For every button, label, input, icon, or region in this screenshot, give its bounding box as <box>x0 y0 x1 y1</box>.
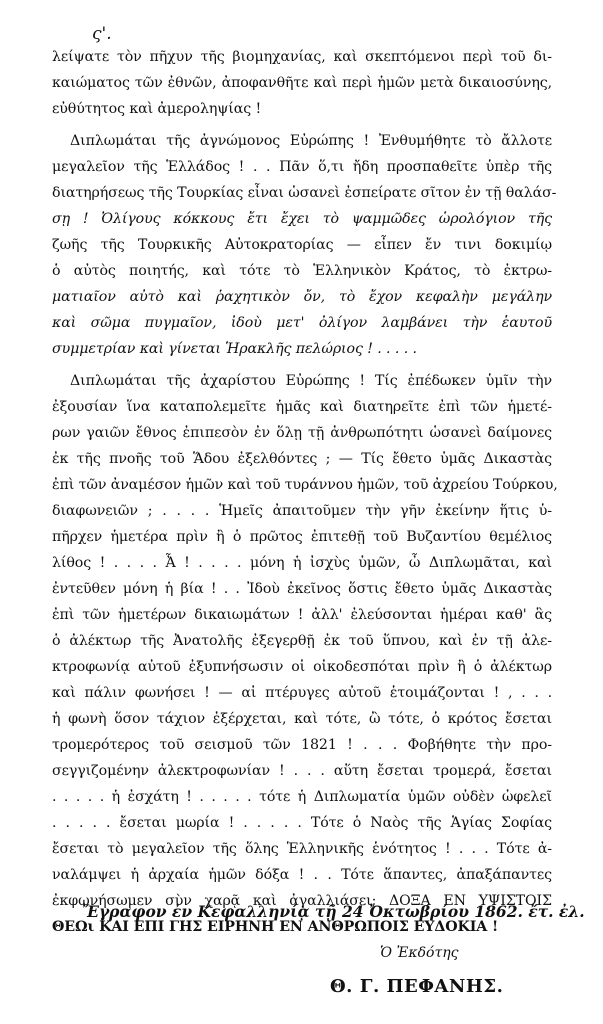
text-line: διαφωνειῶν ; . . . . Ἡμεῖς ἀπαιτοῦμεν τὴ… <box>52 498 552 524</box>
date-line: Ἔγραφον ἐν Κεφαλληνίᾳ τῇ 24 Ὀκτωβρίου 18… <box>82 902 585 921</box>
page-number: ς'. <box>92 24 112 44</box>
document-page: ς'. λείψατε τὸν πῆχυν τῆς βιομηχανίας, κ… <box>0 0 603 1024</box>
body-text: λείψατε τὸν πῆχυν τῆς βιομηχανίας, καὶ σ… <box>52 44 552 940</box>
paragraph-3: Διπλωμάται τῆς ἀχαρίστου Εὐρώπης ! Τίς ἐ… <box>52 368 552 940</box>
text-line: . . . . . ἔσεται μωρία ! . . . . . Τότε … <box>52 810 552 836</box>
text-line: εὐθύτητος καὶ ἀμεροληψίας ! <box>52 96 552 122</box>
text-line: καὶ πάλιν φωνήσει ! — αἱ πτέρυγες αὐτοῦ … <box>52 680 552 706</box>
text-line: σῃ ! Ὀλίγους κόκκους ἔτι ἔχει τὸ ψαμμῶδε… <box>52 206 552 232</box>
text-line: καὶ σῶμα πυγμαῖον, ἰδοὺ μετ' ὀλίγον λαμβ… <box>52 310 552 336</box>
text-line: ὁ ἀλέκτωρ τῆς Ἀνατολῆς ἐξεγερθῇ ἐκ τοῦ ὕ… <box>52 628 552 654</box>
text-line: Διπλωμάται τῆς ἀγνώμονος Εὐρώπης ! Ἐνθυμ… <box>52 128 552 154</box>
text-line: ἡ φωνὴ ὅσον τάχιον ἐξέρχεται, καὶ τότε, … <box>52 706 552 732</box>
text-line: κτροφωνίᾳ αὐτοῦ ἐξυπνήσωσιν οἱ οἰκοδεσπό… <box>52 654 552 680</box>
text-line: ἐξουσίαν ἵνα καταπολεμεῖτε ἡμᾶς καὶ διατ… <box>52 394 552 420</box>
text-line: ματιαῖον αὐτὸ καὶ ῥαχητικὸν ὄν, τὸ ἔχον … <box>52 284 552 310</box>
text-line: μεγαλεῖον τῆς Ἑλλάδος ! . . Πᾶν ὅ,τι ἤδη… <box>52 154 552 180</box>
text-line: σεγγιζομένην ἀλεκτροφωνίαν ! . . . αὕτη … <box>52 758 552 784</box>
text-line: ἔσεται τὸ μεγαλεῖον τῆς ὅλης Ἑλληνικῆς ἑ… <box>52 836 552 862</box>
text-line: . . . . . ἡ ἐσχάτη ! . . . . . τότε ἡ Δι… <box>52 784 552 810</box>
text-line: καιώματος τῶν ἐθνῶν, ἀποφανθῆτε καὶ περὶ… <box>52 70 552 96</box>
text-line: Διπλωμάται τῆς ἀχαρίστου Εὐρώπης ! Τίς ἐ… <box>52 368 552 394</box>
signature: Θ. Γ. ΠΕΦΑΝΗΣ. <box>330 976 503 997</box>
text-line: ὁ αὐτὸς ποιητής, καὶ τότε τὸ Ἑλληνικὸν Κ… <box>52 258 552 284</box>
publisher-label: Ὁ Ἐκδότης <box>380 945 458 961</box>
text-line: διατηρήσεως τῆς Τουρκίας εἶναι ὡσανεὶ ἐσ… <box>52 180 552 206</box>
text-line: ἐπὶ τῶν ἡμετέρων δικαιωμάτων ! ἀλλ' ἐλεύ… <box>52 602 552 628</box>
text-line: λίθος ! . . . . Ἆ ! . . . . μόνη ἡ ἰσχὺς… <box>52 550 552 576</box>
text-line: ἐντεῦθεν μόνη ἡ βία ! . . Ἰδοὺ ἐκεῖνος ὅ… <box>52 576 552 602</box>
text-line: πῆρχεν ἡμετέρα πρὶν ἢ ὁ πρῶτος ἐπιτεθῇ τ… <box>52 524 552 550</box>
text-line: ζωῆς τῆς Τουρκικῆς Αὐτοκρατορίας — εἶπεν… <box>52 232 552 258</box>
text-line: ἐκ τῆς πνοῆς τοῦ Ἅδου ἐξελθόντες ; — Τίς… <box>52 446 552 472</box>
text-line: λείψατε τὸν πῆχυν τῆς βιομηχανίας, καὶ σ… <box>52 44 552 70</box>
paragraph-1: λείψατε τὸν πῆχυν τῆς βιομηχανίας, καὶ σ… <box>52 44 552 122</box>
paragraph-2: Διπλωμάται τῆς ἀγνώμονος Εὐρώπης ! Ἐνθυμ… <box>52 128 552 362</box>
text-line: ρων γαιῶν ἔθνος ἐπιπεσὸν ἐν ὅλῃ τῇ ἀνθρω… <box>52 420 552 446</box>
text-line: συμμετρίαν καὶ γίνεται Ἡρακλῆς πελώριος … <box>52 336 552 362</box>
text-line: τρομερότερος τοῦ σεισμοῦ τῶν 1821 ! . . … <box>52 732 552 758</box>
text-line: ναλάμψει ἡ ἀρχαία ἡμῶν δόξα ! . . Τότε ἅ… <box>52 862 552 888</box>
text-line: ἐπὶ τῶν ἀναμέσον ἡμῶν καὶ τοῦ τυράννου ἡ… <box>52 472 552 498</box>
